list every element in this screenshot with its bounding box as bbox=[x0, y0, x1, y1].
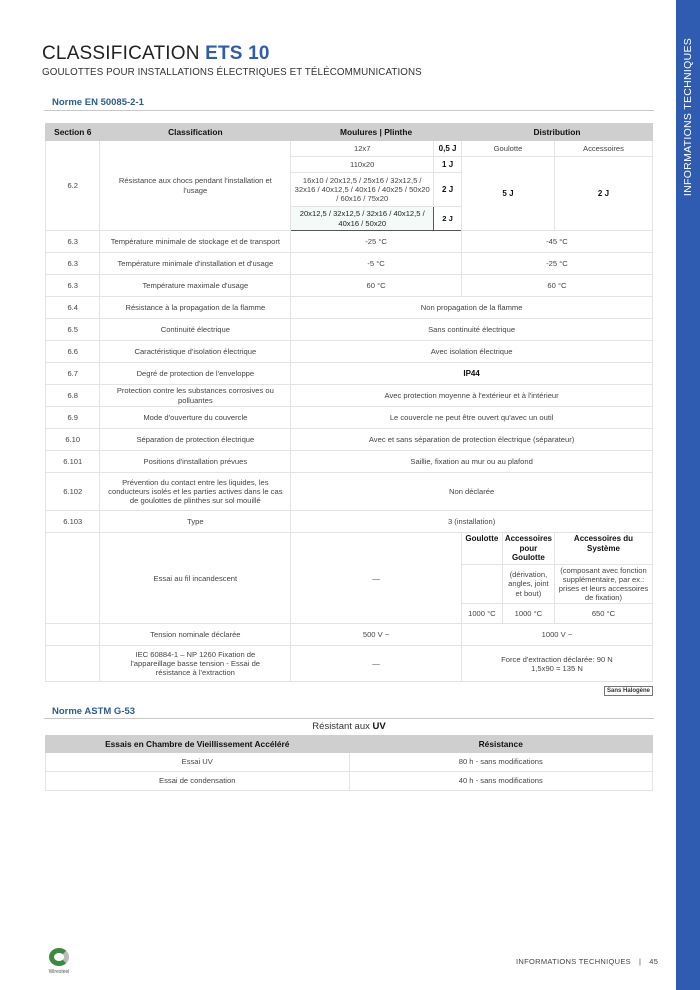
table-row: Essai UV 80 h - sans modifications bbox=[46, 753, 653, 772]
header-essais: Essais en Chambre de Vieillissement Accé… bbox=[46, 736, 350, 753]
classification-cell: Résistance aux chocs pendant l'installat… bbox=[100, 141, 291, 231]
page-footer: INFORMATIONS TECHNIQUES|45 bbox=[516, 957, 658, 966]
distribution-accessoires-label: Accessoires bbox=[554, 141, 652, 157]
header-section: Section 6 bbox=[46, 124, 100, 141]
moulure-value: 2 J bbox=[434, 173, 462, 207]
uv-table: Essais en Chambre de Vieillissement Accé… bbox=[45, 735, 653, 791]
header-distribution: Distribution bbox=[461, 124, 652, 141]
uv-title: Résistant aux UV bbox=[44, 721, 654, 732]
header-resistance: Résistance bbox=[349, 736, 653, 753]
moulure-value: 1 J bbox=[434, 157, 462, 173]
moulure-size: 110x20 bbox=[291, 157, 434, 173]
header-moulures: Moulures | Plinthe bbox=[291, 124, 462, 141]
table-row: 6.3 Température minimale de stockage et … bbox=[46, 231, 653, 253]
table-row: 6.4Résistance à la propagation de la fla… bbox=[46, 297, 653, 319]
moulure-value: 0,5 J bbox=[434, 141, 462, 157]
table-row: IEC 60884-1 – NP 1260 Fixation de l'appa… bbox=[46, 646, 653, 682]
table-header-row: Section 6 Classification Moulures | Plin… bbox=[46, 124, 653, 141]
table-row: 6.10Séparation de protection électriqueA… bbox=[46, 429, 653, 451]
side-tab-label: INFORMATIONS TECHNIQUES bbox=[682, 38, 694, 196]
table-row: 6.6Caractéristique d'isolation électriqu… bbox=[46, 341, 653, 363]
wiresteel-logo: Wiresteel bbox=[42, 948, 76, 978]
table-row: 6.3 Température minimale d'installation … bbox=[46, 253, 653, 275]
fil-header-row: Essai au fil incandescent — Goulotte Acc… bbox=[46, 533, 653, 565]
table-row: 6.7Degré de protection de l'enveloppeIP4… bbox=[46, 363, 653, 385]
classification-table: Section 6 Classification Moulures | Plin… bbox=[45, 123, 653, 682]
logo-ring-icon bbox=[49, 948, 69, 966]
table-row: Tension nominale déclarée 500 V ~ 1000 V… bbox=[46, 624, 653, 646]
moulure-size: 12x7 bbox=[291, 141, 434, 157]
moulure-size: 16x10 / 20x12,5 / 25x16 / 32x12,5 / 32x1… bbox=[291, 173, 434, 207]
table-row: 6.101Positions d'installation prévuesSai… bbox=[46, 451, 653, 473]
moulure-size-highlighted: 20x12,5 / 32x12,5 / 32x16 / 40x12,5 / 40… bbox=[291, 207, 434, 231]
distribution-goulotte-value: 5 J bbox=[461, 157, 554, 231]
table-row: 6.103Type3 (installation) bbox=[46, 511, 653, 533]
table-row: 6.5Continuité électriqueSans continuité … bbox=[46, 319, 653, 341]
table-row: 6.8Protection contre les substances corr… bbox=[46, 385, 653, 407]
table-row: 6.102Prévention du contact entre les liq… bbox=[46, 473, 653, 511]
distribution-goulotte-label: Goulotte bbox=[461, 141, 554, 157]
norme-astm-label: Norme ASTM G-53 bbox=[52, 706, 135, 717]
header-classification: Classification bbox=[100, 124, 291, 141]
norme-en-label: Norme EN 50085-2-1 bbox=[52, 97, 144, 108]
moulure-value-highlighted: 2 J bbox=[434, 207, 462, 231]
table-row: 6.3 Température maximale d'usage 60 °C 6… bbox=[46, 275, 653, 297]
table-row: Essai de condensation 40 h - sans modifi… bbox=[46, 772, 653, 791]
sans-halogene-badge: Sans Halogène bbox=[604, 686, 653, 696]
divider bbox=[44, 718, 654, 719]
divider bbox=[44, 110, 654, 111]
table-row: 6.9Mode d'ouverture du couvercleLe couve… bbox=[46, 407, 653, 429]
distribution-accessoires-value: 2 J bbox=[554, 157, 652, 231]
page-number: 45 bbox=[649, 957, 658, 966]
footer-section: INFORMATIONS TECHNIQUES bbox=[516, 957, 631, 966]
page-subtitle: GOULOTTES POUR INSTALLATIONS ÉLECTRIQUES… bbox=[42, 67, 422, 78]
fil-label: Essai au fil incandescent bbox=[100, 533, 291, 624]
side-band: INFORMATIONS TECHNIQUES bbox=[676, 0, 700, 990]
page-title: CLASSIFICATION ETS 10 bbox=[42, 43, 270, 65]
section-cell: 6.2 bbox=[46, 141, 100, 231]
